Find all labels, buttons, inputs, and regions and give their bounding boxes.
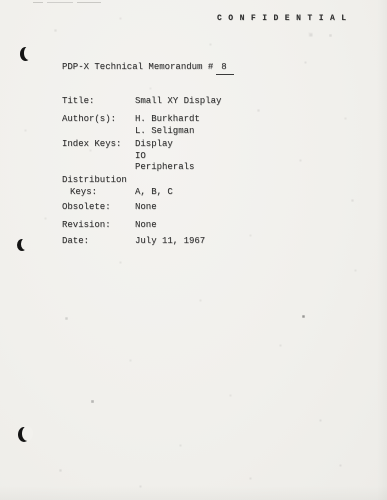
scan-artifact-crescent-1	[20, 47, 31, 61]
field-label-date: Date:	[62, 236, 135, 248]
field-value-distribution: A, B, C	[135, 187, 173, 199]
classification-stamp: CONFIDENTIAL	[217, 13, 353, 25]
scan-artifact-crescent-2	[17, 239, 27, 251]
revision-value: None	[135, 220, 157, 232]
field-row-index-keys: Index Keys: Display IO Peripherals	[62, 139, 194, 174]
index-key-1: Display	[135, 139, 194, 151]
date-value: July 11, 1967	[135, 236, 205, 248]
field-row-revision: Revision: None	[62, 220, 157, 232]
field-value-date: July 11, 1967	[135, 236, 205, 248]
scan-artifact-crescent-3	[18, 427, 30, 442]
field-value-obsolete: None	[135, 202, 157, 214]
distribution-label-line-1: Distribution	[62, 175, 135, 187]
index-key-3: Peripherals	[135, 162, 194, 174]
memo-header-label: PDP-X Technical Memorandum #	[62, 62, 213, 72]
distribution-keys-value: A, B, C	[135, 187, 173, 199]
field-label-authors: Author(s):	[62, 114, 135, 126]
obsolete-value: None	[135, 202, 157, 214]
memo-number: 8	[216, 62, 233, 75]
field-label-obsolete: Obsolete:	[62, 202, 135, 214]
field-row-date: Date: July 11, 1967	[62, 236, 205, 248]
field-row-authors: Author(s): H. Burkhardt L. Seligman	[62, 114, 200, 137]
scan-noise-speckles	[0, 0, 1, 1]
field-label-index-keys: Index Keys:	[62, 139, 135, 151]
memo-header: PDP-X Technical Memorandum #8	[62, 62, 234, 75]
field-value-title: Small XY Display	[135, 96, 221, 108]
field-label-title: Title:	[62, 96, 135, 108]
distribution-label-line-2: Keys:	[62, 187, 135, 199]
field-value-index-keys: Display IO Peripherals	[135, 139, 194, 174]
field-value-authors: H. Burkhardt L. Seligman	[135, 114, 200, 137]
scan-artifact-top-line	[33, 2, 101, 3]
field-row-title: Title: Small XY Display	[62, 96, 221, 108]
field-row-obsolete: Obsolete: None	[62, 202, 157, 214]
author-1: H. Burkhardt	[135, 114, 200, 126]
index-key-2: IO	[135, 151, 194, 163]
field-value-revision: None	[135, 220, 157, 232]
field-label-revision: Revision:	[62, 220, 135, 232]
scanned-memo-page: CONFIDENTIAL PDP-X Technical Memorandum …	[0, 0, 387, 500]
title-value: Small XY Display	[135, 96, 221, 108]
field-row-distribution: Distribution Keys: A, B, C	[62, 175, 173, 198]
field-label-distribution: Distribution Keys:	[62, 175, 135, 198]
author-2: L. Seligman	[135, 126, 200, 138]
